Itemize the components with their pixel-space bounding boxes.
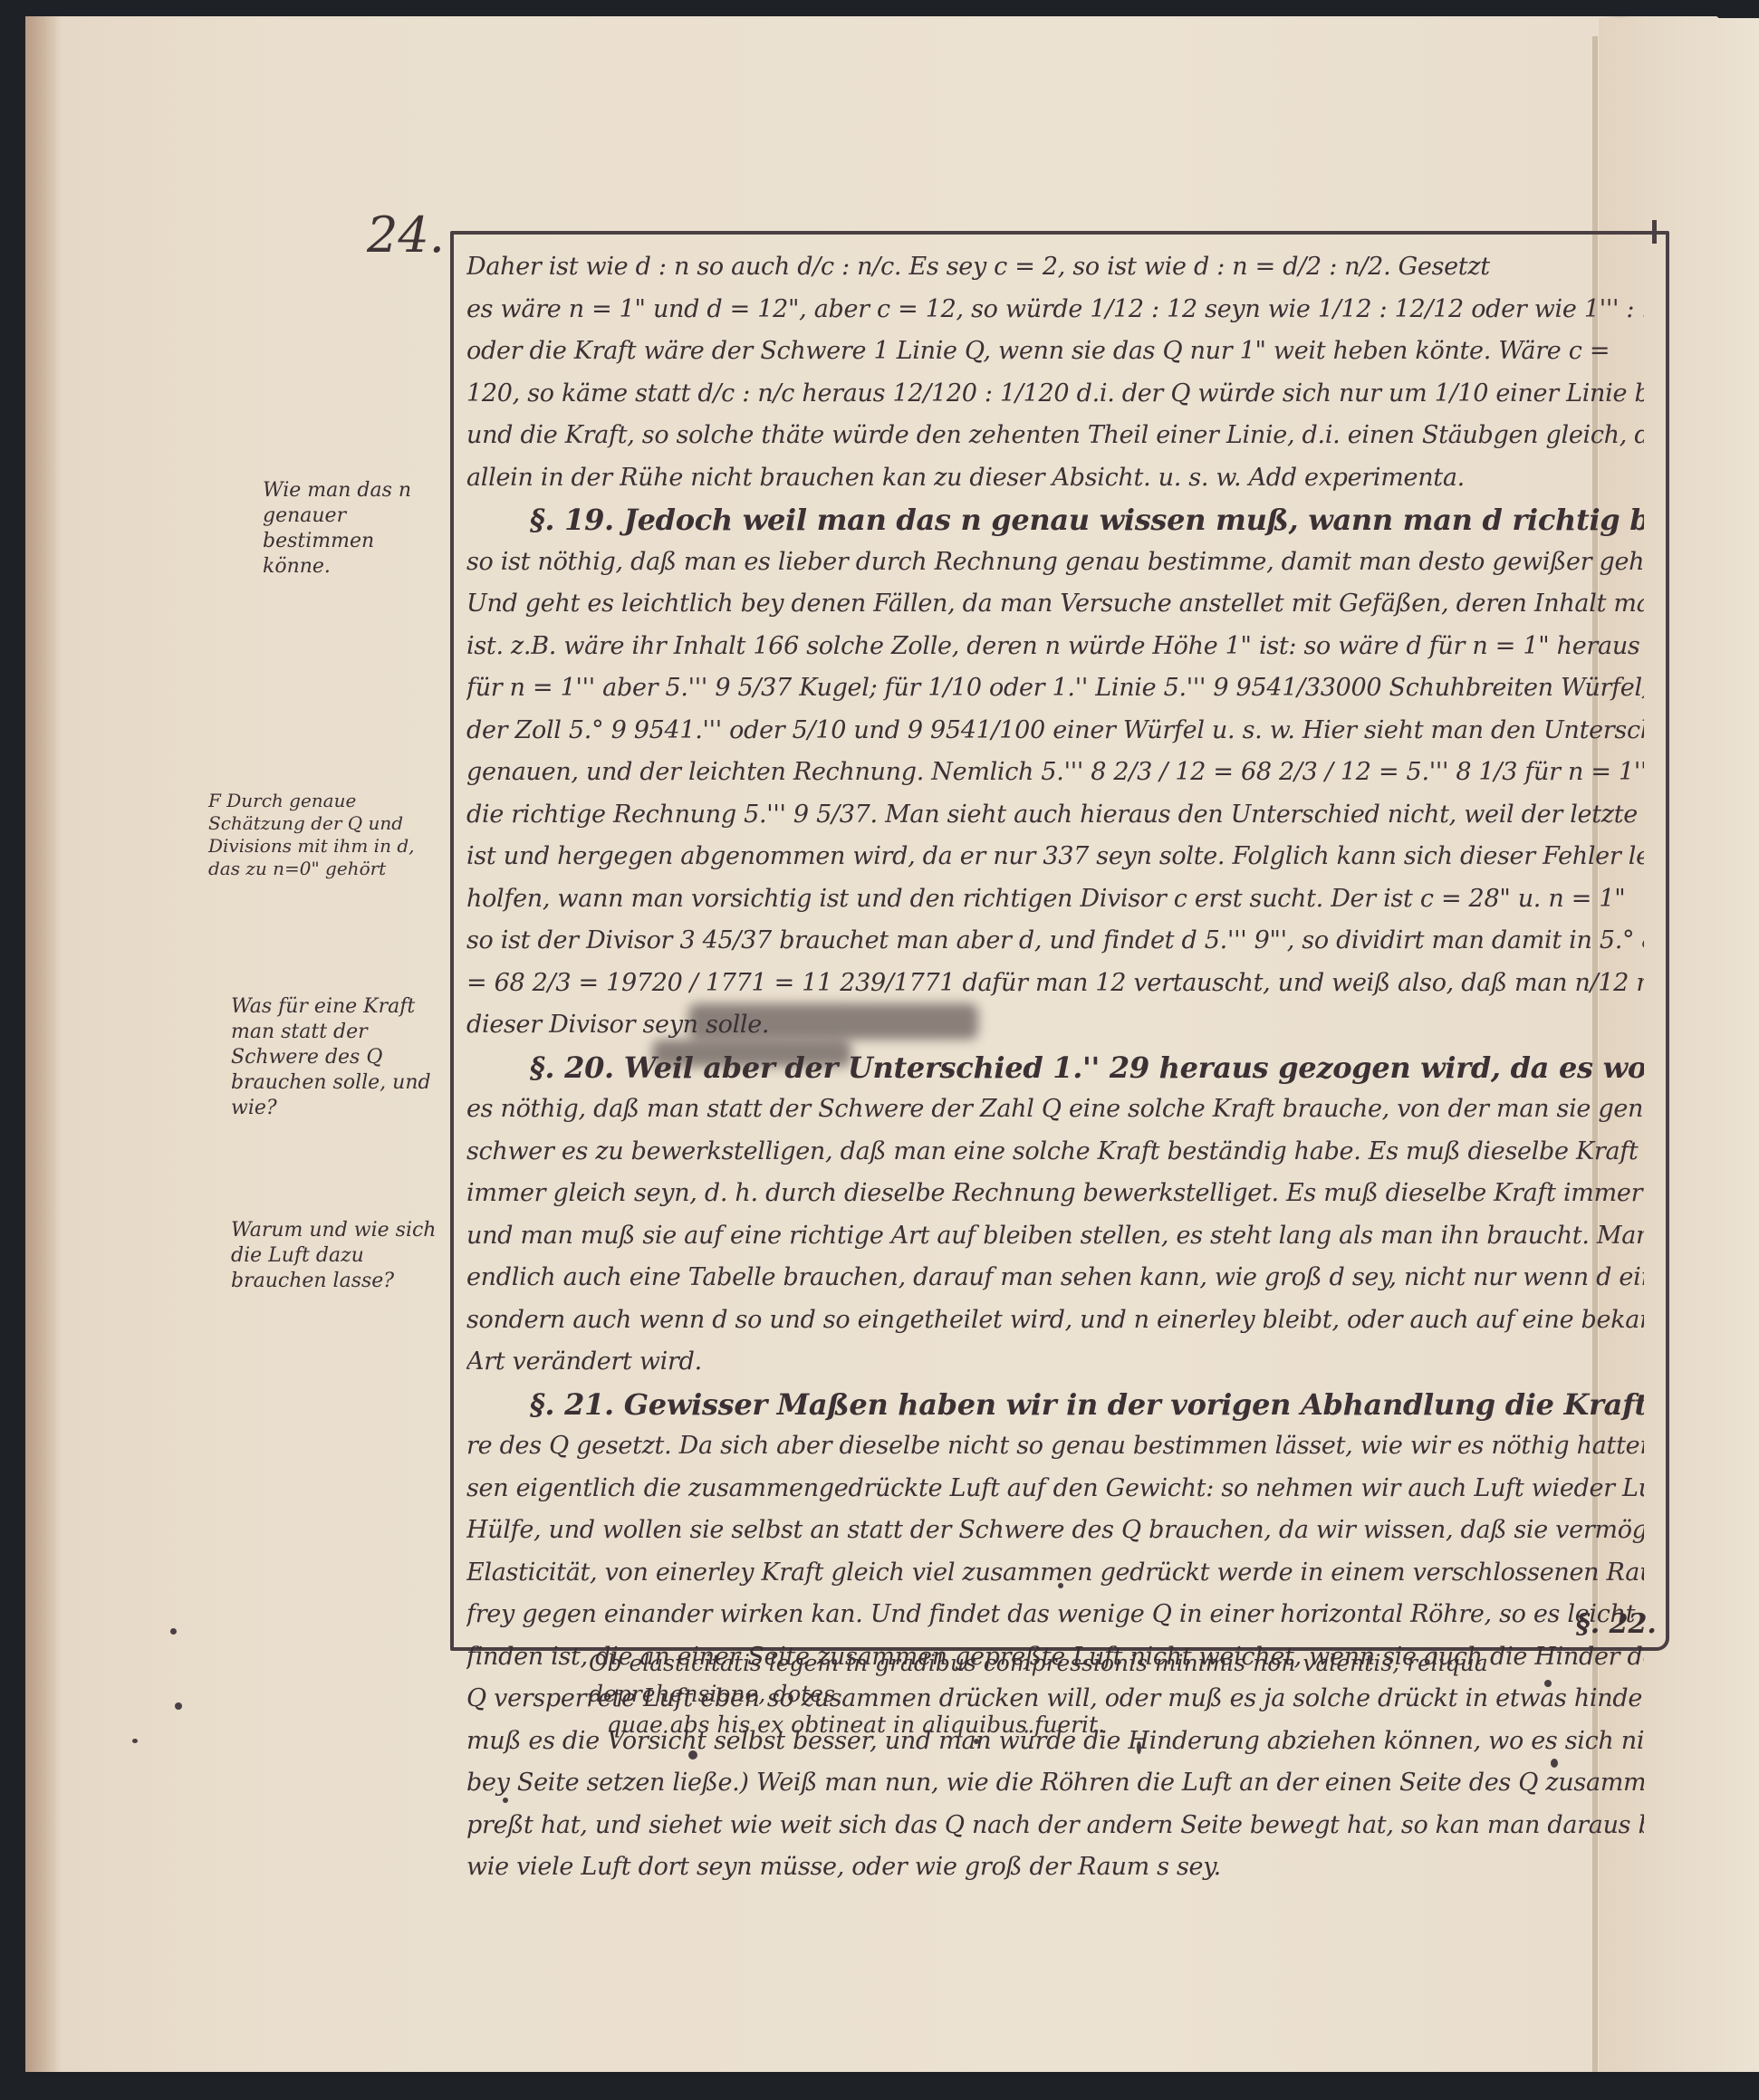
ink-speck bbox=[1544, 1680, 1552, 1687]
section-19-heading-line: §. 19. Jedoch weil man das n genau wisse… bbox=[466, 499, 1644, 542]
text-line: dieser Divisor seyn solle. bbox=[466, 1004, 1644, 1047]
text-line: sen eigentlich die zusammengedrückte Luf… bbox=[466, 1468, 1644, 1510]
text-line: Daher ist wie d : n so auch d/c : n/c. E… bbox=[466, 246, 1644, 289]
ink-speck bbox=[175, 1702, 182, 1710]
text-line: = 68 2/3 = 19720 / 1771 = 11 239/1771 da… bbox=[466, 963, 1644, 1005]
text-line: holfen, wann man vorsichtig ist und den … bbox=[466, 878, 1644, 921]
spine-shadow bbox=[25, 16, 62, 2072]
text-line: wie viele Luft dort seyn müsse, oder wie… bbox=[466, 1846, 1644, 1889]
ink-speck bbox=[1551, 1759, 1558, 1768]
text-line: ist. z.B. wäre ihr Inhalt 166 solche Zol… bbox=[466, 626, 1644, 668]
text-line: und man muß sie auf eine richtige Art au… bbox=[466, 1215, 1644, 1258]
page-number: 24. bbox=[367, 206, 445, 264]
text-line: schwer es zu bewerkstelligen, daß man ei… bbox=[466, 1131, 1644, 1174]
section-20-heading-line: §. 20. Weil aber der Unterschied 1.'' 29… bbox=[466, 1047, 1644, 1089]
text-line: Elasticität, von einerley Kraft gleich v… bbox=[466, 1552, 1644, 1595]
ink-smudge bbox=[652, 1040, 851, 1067]
text-line: Hülfe, und wollen sie selbst an statt de… bbox=[466, 1510, 1644, 1552]
text-line: es nöthig, daß man statt der Schwere der… bbox=[466, 1088, 1644, 1131]
text-line: und die Kraft, so solche thäte würde den… bbox=[466, 415, 1644, 457]
text-line: 120, so käme statt d/c : n/c heraus 12/1… bbox=[466, 373, 1644, 416]
margin-note-3: Was für eine Kraft man statt der Schwere… bbox=[231, 994, 448, 1121]
text-line: so ist der Divisor 3 45/37 brauchet man … bbox=[466, 920, 1644, 963]
text-line: Art verändert wird. bbox=[466, 1341, 1644, 1384]
section-22-marker: §. 22. bbox=[1576, 1608, 1657, 1640]
margin-note-1: Wie man das n genauer bestimmen könne. bbox=[263, 478, 444, 580]
text-line: bey Seite setzen ließe.) Weiß man nun, w… bbox=[466, 1762, 1644, 1805]
text-line: sondern auch wenn d so und so eingetheil… bbox=[466, 1299, 1644, 1342]
main-text-block: Daher ist wie d : n so auch d/c : n/c. E… bbox=[466, 246, 1644, 1889]
scan-background-bottom bbox=[0, 2072, 1759, 2100]
footnote-line: quae abs his ex obtineat in aliquibus fu… bbox=[589, 1710, 1603, 1740]
frame-corner-mark bbox=[1652, 220, 1657, 244]
ink-speck bbox=[974, 1739, 979, 1744]
margin-note-4: Warum und wie sich die Luft dazu brauche… bbox=[231, 1218, 448, 1294]
ink-speck bbox=[1137, 1741, 1141, 1754]
text-line: ist und hergegen abgenommen wird, da er … bbox=[466, 836, 1644, 878]
text-line: der Zoll 5.° 9 9541.''' oder 5/10 und 9 … bbox=[466, 710, 1644, 753]
ink-speck bbox=[503, 1798, 508, 1803]
latin-footnote: Ob elasticitatis legem in gradibus compr… bbox=[589, 1648, 1603, 1740]
text-line: Und geht es leichtlich bey denen Fällen,… bbox=[466, 583, 1644, 626]
section-21-heading-line: §. 21. Gewisser Maßen haben wir in der v… bbox=[466, 1384, 1644, 1426]
ink-smudge bbox=[688, 1003, 978, 1040]
text-line: die richtige Rechnung 5.''' 9 5/37. Man … bbox=[466, 794, 1644, 837]
text-line: so ist nöthig, daß man es lieber durch R… bbox=[466, 542, 1644, 584]
text-line: es wäre n = 1" und d = 12", aber c = 12,… bbox=[466, 289, 1644, 331]
text-line: preßt hat, und siehet wie weit sich das … bbox=[466, 1805, 1644, 1847]
text-line: re des Q gesetzt. Da sich aber dieselbe … bbox=[466, 1425, 1644, 1468]
text-line: endlich auch eine Tabelle brauchen, dara… bbox=[466, 1257, 1644, 1299]
margin-note-2: F Durch genaue Schätzung der Q und Divis… bbox=[208, 790, 448, 880]
ink-speck bbox=[132, 1739, 138, 1743]
footnote-line: Ob elasticitatis legem in gradibus compr… bbox=[589, 1648, 1603, 1710]
text-line: immer gleich seyn, d. h. durch dieselbe … bbox=[466, 1173, 1644, 1215]
text-line: frey gegen einander wirken kan. Und find… bbox=[466, 1594, 1644, 1636]
text-line: allein in der Rühe nicht brauchen kan zu… bbox=[466, 457, 1644, 500]
ink-speck bbox=[1058, 1583, 1063, 1588]
ink-speck bbox=[170, 1628, 177, 1635]
text-line: für n = 1''' aber 5.''' 9 5/37 Kugel; fü… bbox=[466, 667, 1644, 710]
text-line: oder die Kraft wäre der Schwere 1 Linie … bbox=[466, 331, 1644, 373]
ink-speck bbox=[688, 1750, 697, 1760]
text-line: genauen, und der leichten Rechnung. Neml… bbox=[466, 752, 1644, 794]
